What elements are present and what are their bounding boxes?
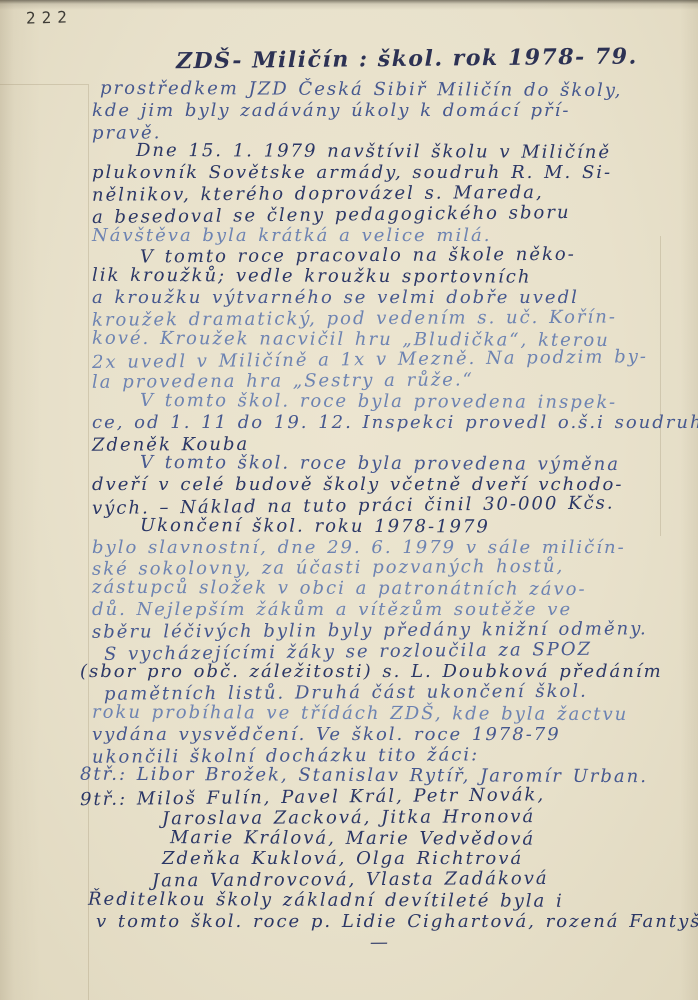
handwritten-line: Dne 15. 1. 1979 navštívil školu v Miličí… [92,141,666,164]
handwritten-line: kde jim byly zadávány úkoly k domácí pří… [92,101,666,122]
handwritten-line: ce, od 1. 11 do 19. 12. Inspekci provedl… [92,413,666,434]
handwritten-line: a kroužku výtvarného se velmi dobře uved… [92,288,666,309]
handwritten-line: Ukončení škol. roku 1978-1979 [92,515,666,538]
handwritten-line: Ředitelkou školy základní devítileté byl… [92,890,666,913]
handwritten-line: vydána vysvědčení. Ve škol. roce 1978-79 [92,725,666,746]
chronicle-page: 222 ZDŠ- Miličín : škol. rok 1978- 79. p… [0,0,698,1000]
handwritten-line: — [92,930,666,957]
handwritten-line: Návštěva byla krátká a velice milá. [92,226,666,247]
page-number: 222 [26,7,73,27]
handwritten-line: plukovník Sovětske armády, soudruh R. M.… [92,163,666,184]
sheet-edge-top-left [0,84,88,85]
handwritten-line: prostředkem JZD Česká Sibiř Miličín do š… [92,79,666,102]
handwritten-line: roku probíhala ve třídách ZDŠ, kde byla … [92,703,666,726]
handwritten-line: Marie Králová, Marie Vedvědová [92,827,666,850]
manuscript-text: prostředkem JZD Česká Sibiř Miličín do š… [92,80,666,953]
handwritten-line: v tomto škol. roce p. Lidie Cighartová, … [92,912,666,933]
handwritten-line: dů. Nejlepším žákům a vítězům soutěže ve [92,600,666,621]
handwritten-line: Zdeňka Kuklová, Olga Richtrová [92,849,666,870]
handwritten-line: lik kroužků; vedle kroužku sportovních [92,266,666,289]
handwritten-line: a besedoval se členy pedagogického sboru [92,202,666,229]
handwritten-line: bylo slavnostní, dne 29. 6. 1979 v sále … [92,538,666,559]
sheet-edge-left [88,84,89,1000]
chronicle-title: ZDŠ- Miličín : škol. rok 1978- 79. [176,44,616,75]
handwritten-line: zástupců složek v obci a patronátních zá… [92,578,666,601]
handwritten-line: V tomto škol. roce byla provedena inspek… [92,391,666,414]
handwritten-line: V tomto škol. roce byla provedena výměna [92,453,666,476]
